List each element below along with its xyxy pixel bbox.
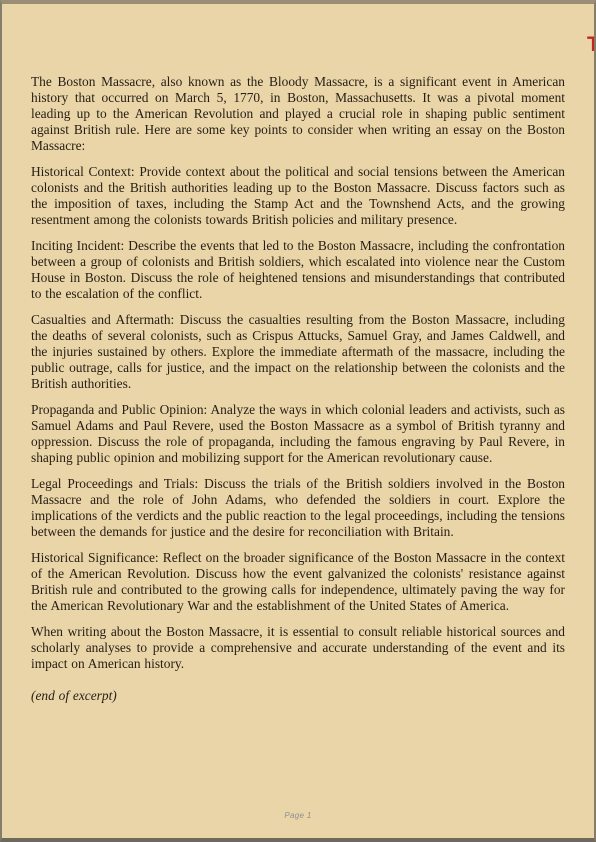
paragraph-historical-significance: Historical Significance: Reflect on the …	[31, 550, 565, 614]
paragraph-inciting-incident: Inciting Incident: Describe the events t…	[31, 238, 565, 302]
paragraph-historical-context: Historical Context: Provide context abou…	[31, 164, 565, 228]
paragraph-propaganda-public-opinion: Propaganda and Public Opinion: Analyze t…	[31, 402, 565, 466]
closing-note: (end of excerpt)	[31, 688, 565, 704]
paragraph-casualties-aftermath: Casualties and Aftermath: Discuss the ca…	[31, 312, 565, 392]
page-number-footer: Page 1	[2, 811, 594, 820]
paragraph-intro: The Boston Massacre, also known as the B…	[31, 74, 565, 154]
document-page: The Boston Massacre, also known as the B…	[0, 0, 596, 842]
paragraph-legal-proceedings: Legal Proceedings and Trials: Discuss th…	[31, 476, 565, 540]
paragraph-conclusion: When writing about the Boston Massacre, …	[31, 624, 565, 672]
clipped-red-letter: T	[587, 34, 596, 55]
document-text: The Boston Massacre, also known as the B…	[2, 4, 594, 714]
